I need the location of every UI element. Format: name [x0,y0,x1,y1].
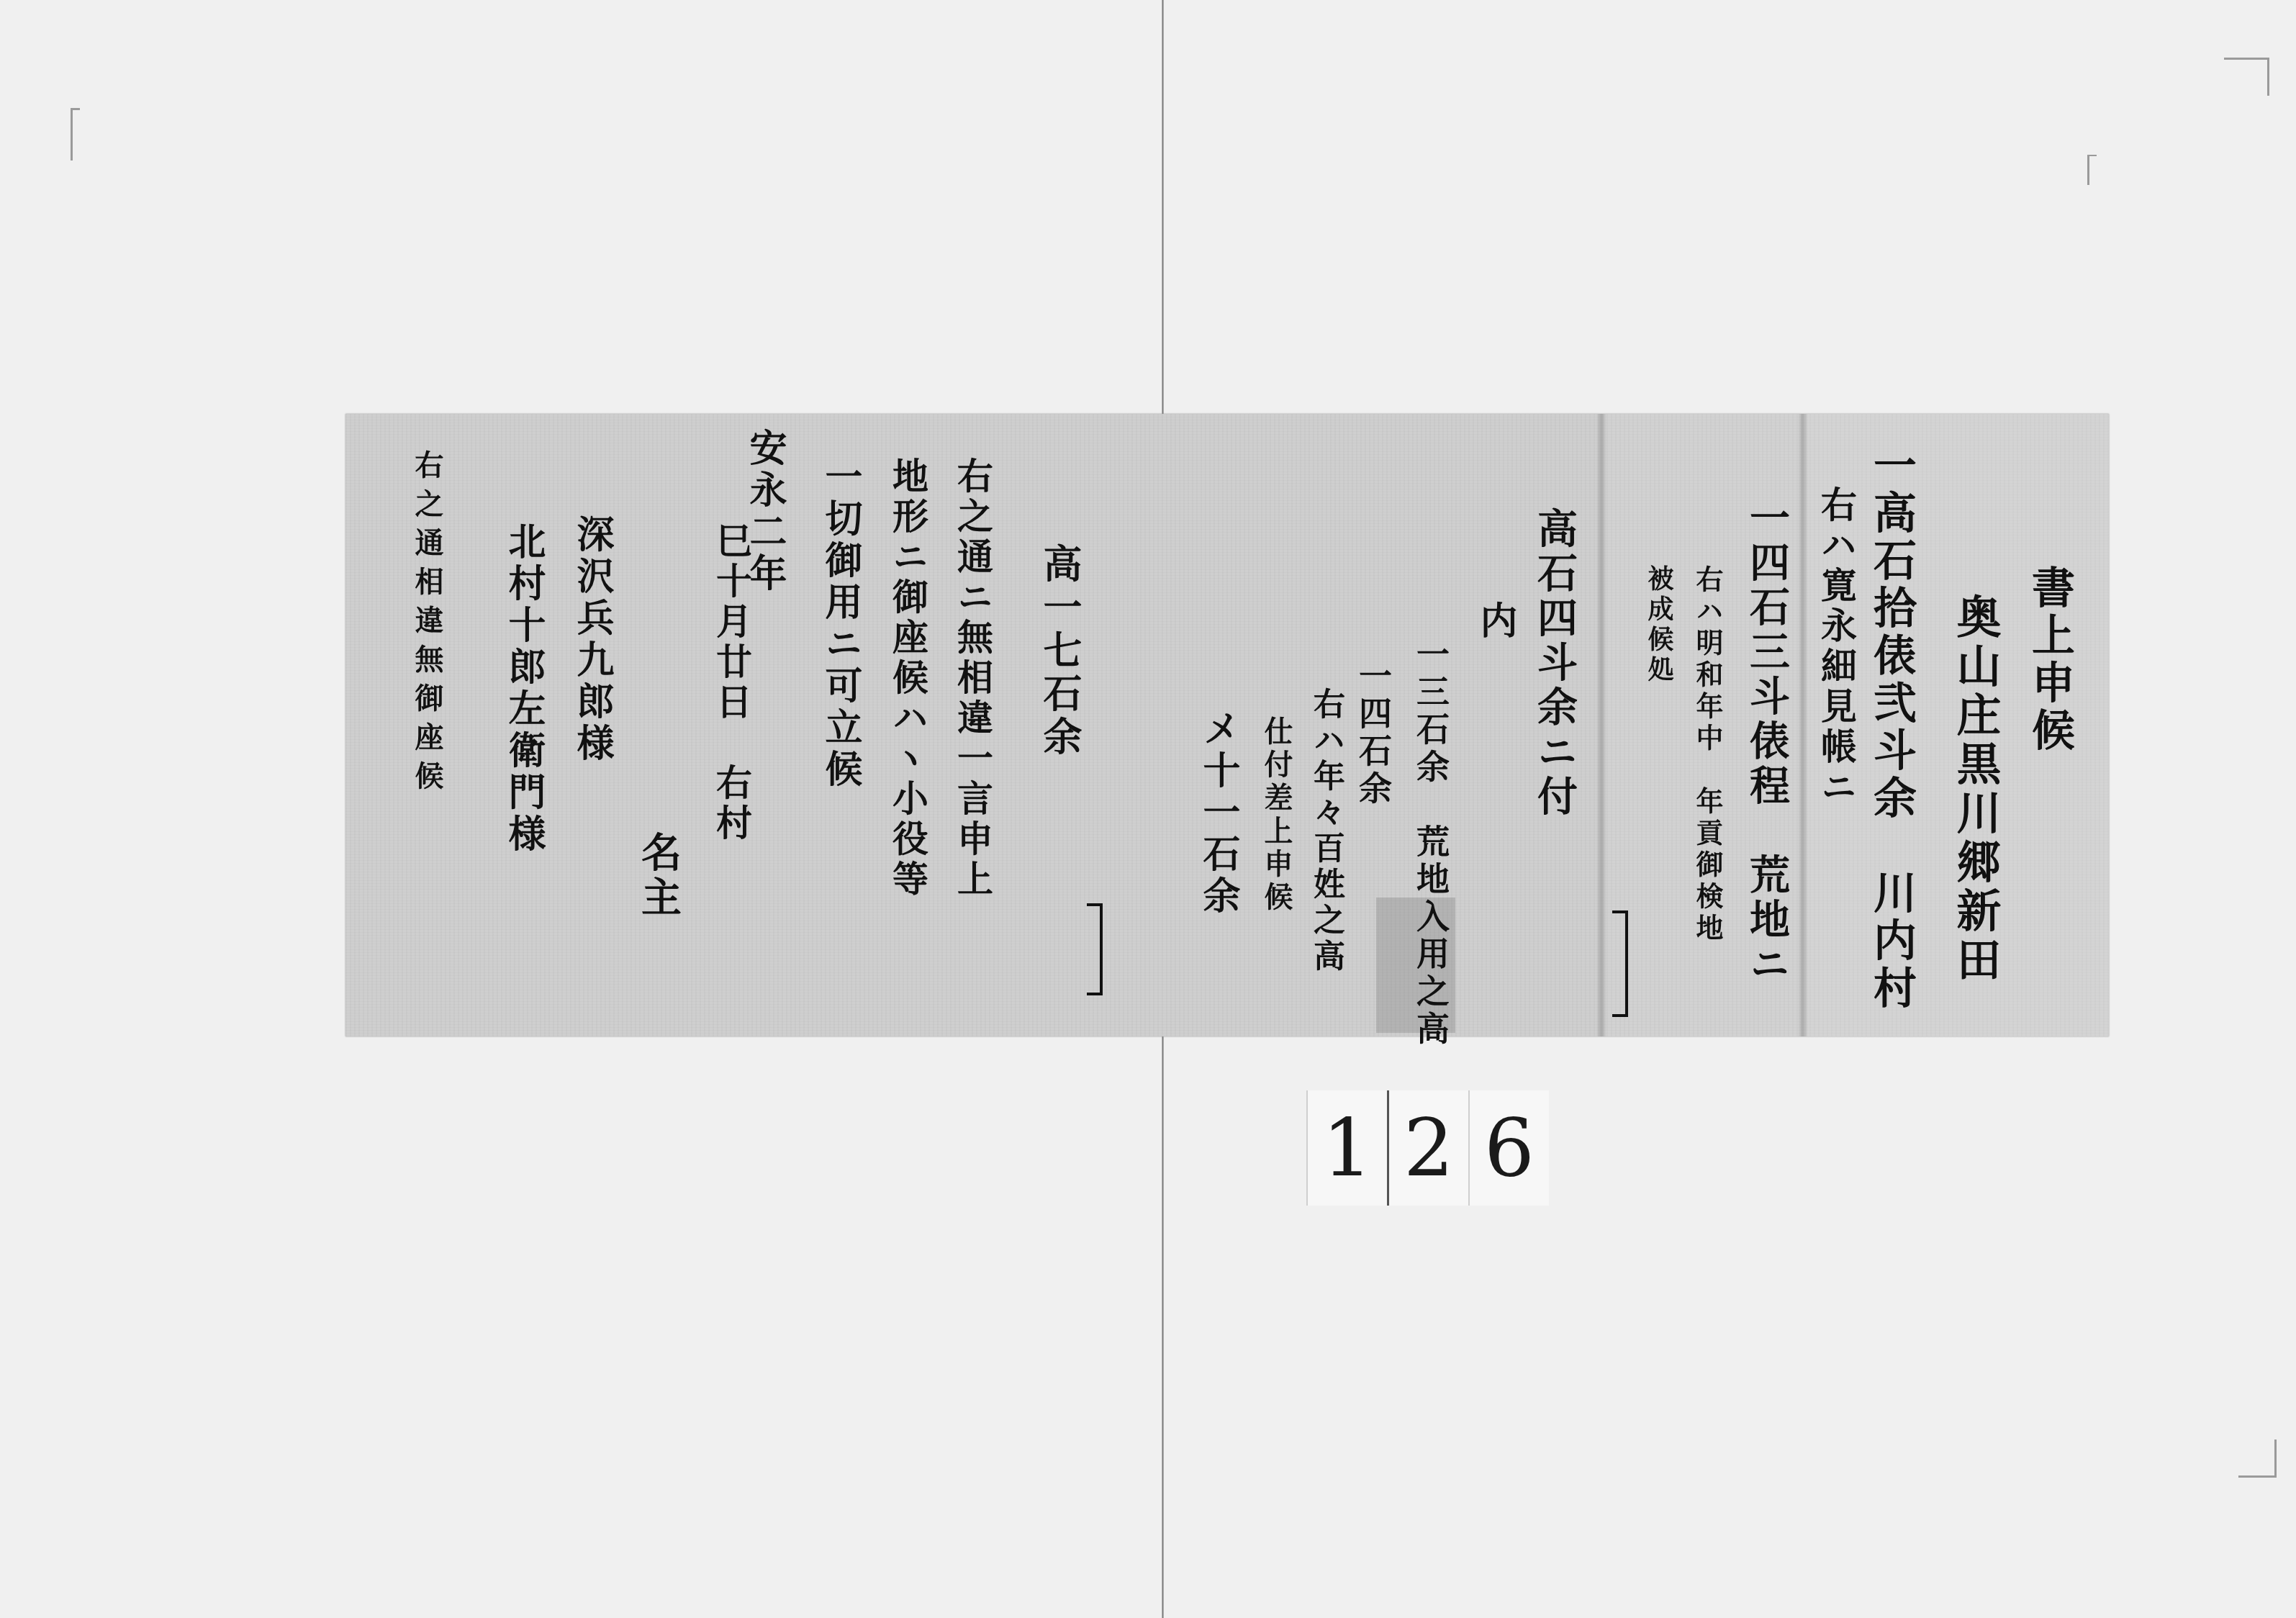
crop-mark-right-inner [2087,155,2097,185]
text-column: 一四石余 [1350,659,1397,808]
text-column: 右之通相違無御座候 [407,450,448,800]
text-column: 巳十月廿日 右村 [705,522,757,844]
text-column: 名主 [630,831,687,921]
text-column: 右ハ年々百姓之高 [1303,687,1349,975]
text-column: 右ハ寛永細見帳ニ [1810,486,1862,808]
page-number-digit: 1 [1306,1090,1387,1206]
text-column: 奥山庄黒川郷新田 [1943,594,2007,985]
crop-mark-top-left [71,108,80,161]
text-column: 一四石三斗俵程 荒地ニ [1738,497,1796,987]
text-column: 書上申候 [2019,565,2081,755]
text-column: 深沢兵九郎様 [565,515,619,765]
text-column: 右之通ニ無相違一言申上 [946,457,998,900]
page-number-digit: 6 [1468,1090,1549,1206]
text-column: 一切御用ニ可立候 [813,457,867,791]
text-column: 一高石拾俵弐斗余 川内村 [1861,443,1922,1013]
text-column: 内 [1468,601,1522,643]
closing-bracket-mark [1612,910,1628,1017]
text-column: 仕付差上申候 [1256,716,1297,915]
manuscript-document: 書上申候 奥山庄黒川郷新田 一高石拾俵弐斗余 川内村 右ハ寛永細見帳ニ 一四石三… [345,414,2109,1036]
paper-fold-line [1596,414,1606,1036]
page-number-label: 1 2 6 [1306,1090,1549,1206]
closing-bracket-mark [1087,903,1103,995]
text-column: 高石四斗余ニ付 [1526,507,1583,820]
text-column: 一三石余 荒地入用之高 [1407,637,1455,1049]
crop-mark-top-right [2224,58,2269,96]
text-column: 地形ニ御座候ハヽ小役等 [882,457,934,900]
paper-fold-line [1798,414,1808,1036]
page-number-digit: 2 [1387,1090,1468,1206]
text-column: 北村十郎左衛門様 [497,522,551,856]
text-column: 高一七石余 [1033,543,1088,759]
text-column: 右ハ明和年中 年貢御検地 [1688,565,1727,945]
text-column: メ十一石余 [1191,709,1245,918]
crop-mark-bottom-right [2238,1440,2277,1478]
text-column: 被成候処 [1641,565,1678,686]
